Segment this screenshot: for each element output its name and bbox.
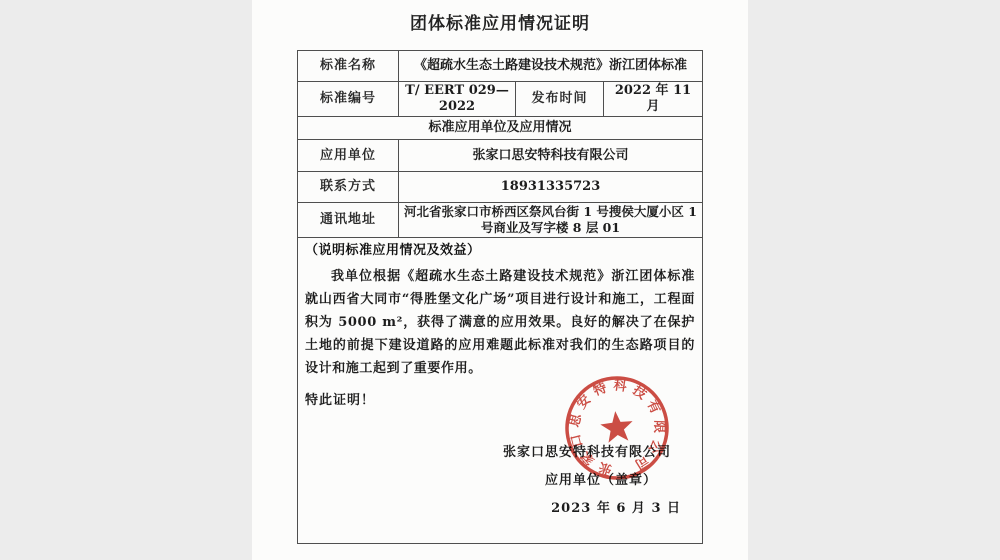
contact-value: 18931335723 — [399, 172, 703, 203]
contact-label: 联系方式 — [298, 172, 399, 203]
table-row: 应用单位 张家口思安特科技有限公司 — [298, 140, 703, 172]
standard-name-label: 标准名称 — [298, 51, 399, 82]
statement-heading: （说明标准应用情况及效益） — [305, 243, 695, 259]
page-background: { "colors": { "background": "#ececec", "… — [0, 0, 1000, 560]
signature-block: 张家口思安特科技有限公司 应用单位（盖章） 2023 年 6 月 3 日 — [305, 439, 695, 523]
address-value: 河北省张家口市桥西区祭风台街 1 号搜侯大厦小区 1 号商业及写字楼 8 层 0… — [399, 203, 703, 238]
table-row: 通讯地址 河北省张家口市桥西区祭风台街 1 号搜侯大厦小区 1 号商业及写字楼 … — [298, 203, 703, 238]
standard-number-value: T/ EERT 029—2022 — [399, 82, 516, 117]
publish-date-label: 发布时间 — [516, 82, 604, 117]
page-title: 团体标准应用情况证明 — [252, 9, 748, 34]
section-header: 标准应用单位及应用情况 — [298, 117, 703, 140]
standards-table: 标准名称 《超疏水生态土路建设技术规范》浙江团体标准 标准编号 T/ EERT … — [297, 50, 703, 544]
statement-closing: 特此证明！ — [305, 393, 695, 409]
statement-cell: （说明标准应用情况及效益） 我单位根据《超疏水生态土路建设技术规范》浙江团体标准… — [298, 238, 703, 544]
publish-date-value: 2022 年 11 月 — [604, 82, 703, 117]
table-row: 标准编号 T/ EERT 029—2022 发布时间 2022 年 11 月 — [298, 82, 703, 117]
address-label: 通讯地址 — [298, 203, 399, 238]
statement-body: 我单位根据《超疏水生态土路建设技术规范》浙江团体标准就山西省大同市“得胜堡文化广… — [305, 265, 695, 380]
table-row: 标准名称 《超疏水生态土路建设技术规范》浙江团体标准 — [298, 51, 703, 82]
statement-row: （说明标准应用情况及效益） 我单位根据《超疏水生态土路建设技术规范》浙江团体标准… — [298, 238, 703, 544]
signature-company: 张家口思安特科技有限公司 — [305, 439, 695, 467]
section-header-row: 标准应用单位及应用情况 — [298, 117, 703, 140]
document-paper: 团体标准应用情况证明 标准名称 《超疏水生态土路建设技术规范》浙江团体标准 标准… — [252, 0, 748, 560]
standard-number-label: 标准编号 — [298, 82, 399, 117]
signature-date: 2023 年 6 月 3 日 — [305, 495, 695, 523]
signature-unit-line: 应用单位（盖章） — [305, 467, 695, 495]
table-row: 联系方式 18931335723 — [298, 172, 703, 203]
standard-name-value: 《超疏水生态土路建设技术规范》浙江团体标准 — [399, 51, 703, 82]
applicant-label: 应用单位 — [298, 140, 399, 172]
applicant-value: 张家口思安特科技有限公司 — [399, 140, 703, 172]
